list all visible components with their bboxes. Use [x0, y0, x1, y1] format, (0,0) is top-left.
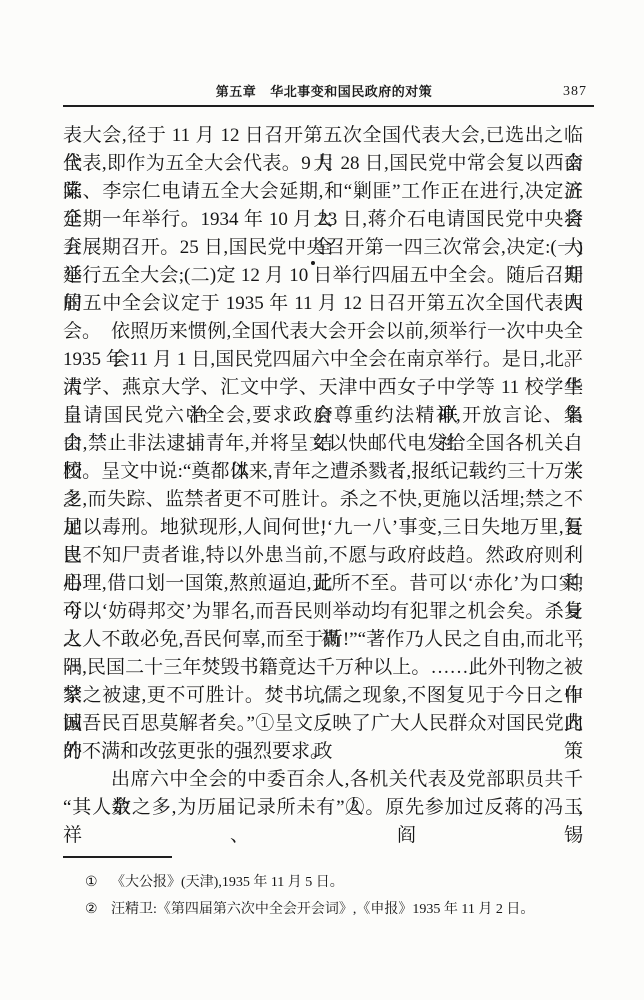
body-line: 加以毒刑。地狱现形,人间何世!‘九一八’事变,三日失地万里,吾民	[63, 514, 583, 542]
page-number: 387	[563, 83, 587, 101]
body-line-segment: 会展期召开。25 日,国民党中央召开第一四三次常会,决定:(一)	[63, 237, 583, 258]
body-line: 诚吾民百思莫解者矣。”①呈文反映了广大人民群众对国民党内外政策	[63, 710, 583, 738]
body-line: 出席六中全会的中委百余人,各机关代表及党部职员共千余人,	[63, 766, 583, 794]
body-line: 家之被逮,更不可胜计。焚书坑儒之现象,不图复见于今日之中国,此	[63, 682, 583, 710]
footnote: ①《大公报》(天津),1935 年 11 月 5 日。	[63, 869, 588, 896]
book-page: 第五章华北事变和国民政府的对策 387 表大会,径于 11 月 12 日召开第五…	[0, 0, 644, 1000]
header-rule	[63, 105, 594, 107]
body-text: 表大会,径于 11 月 12 日召开第五次全国代表大会,已选出之临全大会代表,即…	[63, 122, 583, 822]
body-line: 延期一年举行。1934 年 10 月 23 日,蒋介石电请国民党中央将五全大	[63, 206, 583, 234]
chapter-title: 华北事变和国民政府的对策	[270, 84, 432, 99]
footnotes: ①《大公报》(天津),1935 年 11 月 5 日。②汪精卫:《第四届第六次中…	[63, 869, 588, 923]
footnote-marker: ①	[85, 869, 101, 896]
body-line: 大学、燕京大学、汇文中学、天津中西女子中学等 11 校学生自治会联名	[63, 374, 583, 402]
footnote-text: 汪精卫:《第四届第六次中全会开会词》,《申报》1935 年 11 月 2 日。	[111, 902, 534, 917]
emphasis-char: 延	[63, 265, 564, 286]
body-line: 人人不敢必免,吾民何辜,而至于斯!”“著作乃人民之自由,而北平一	[63, 626, 583, 654]
body-line: “其人数之多,为历届记录所未有”②。原先参加过反蒋的冯玉祥、阎锡	[63, 794, 583, 822]
body-line: 由,禁止非法逮捕青年,并将呈文以快邮代电发给全国各机关、团体、学	[63, 430, 583, 458]
body-line: 1935 年 11 月 1 日,国民党四届六中全会在南京举行。是日,北平清华	[63, 346, 583, 374]
body-line: 校。呈文中说:“奠都以来,青年之遭杀戮者,报纸记载约三十万人之	[63, 458, 583, 486]
body-line: 呈请国民党六中全会,要求政府尊重约法精神,开放言论、集会、结社自	[63, 402, 583, 430]
body-line: 表大会,径于 11 月 12 日召开第五次全国代表大会,已选出之临全大会	[63, 122, 583, 150]
body-line: 会展期召开。25 日,国民党中央召开第一四三次常会,决定:(一)延期	[63, 234, 583, 262]
body-line: 岂不知尸责者谁,特以外患当前,不愿与政府歧趋。然政府则利用此种	[63, 542, 583, 570]
footnote: ②汪精卫:《第四届第六次中全会开会词》,《申报》1935 年 11 月 2 日。	[63, 896, 588, 923]
body-line: 心理,借口划一国策,熬煎逼迫,无所不至。昔可以‘赤化’为口实,今复	[63, 570, 583, 598]
footnote-marker: ②	[85, 896, 101, 923]
body-line: 棠、李宗仁电请五全大会延期,和“剿匪”工作正在进行,决定五全大会	[63, 178, 583, 206]
chapter-number: 第五章	[216, 84, 257, 99]
body-line: 多,而失踪、监禁者更不可胜计。杀之不快,更施以活埋;禁之不足,复	[63, 486, 583, 514]
body-line: 隅,民国二十三年焚毁书籍竟达千万种以上。……此外刊物之被禁,作	[63, 654, 583, 682]
body-line: 代表,即作为五全大会代表。9 月 28 日,国民党中常会复以西南陈济	[63, 150, 583, 178]
footnote-separator	[63, 856, 172, 858]
footnote-text: 《大公报》(天津),1935 年 11 月 5 日。	[111, 875, 344, 890]
body-line: 届五中全会议定于 1935 年 11 月 12 日召开第五次全国代表大会。	[63, 290, 583, 318]
body-line: 可以‘妨碍邦交’为罪名,而吾民则举动均有犯罪之机会矣。杀身之祸,	[63, 598, 583, 626]
running-header: 第五章华北事变和国民政府的对策 387	[63, 83, 585, 101]
body-line: 依照历来惯例,全国代表大会开会以前,须举行一次中央全会。	[63, 318, 583, 346]
